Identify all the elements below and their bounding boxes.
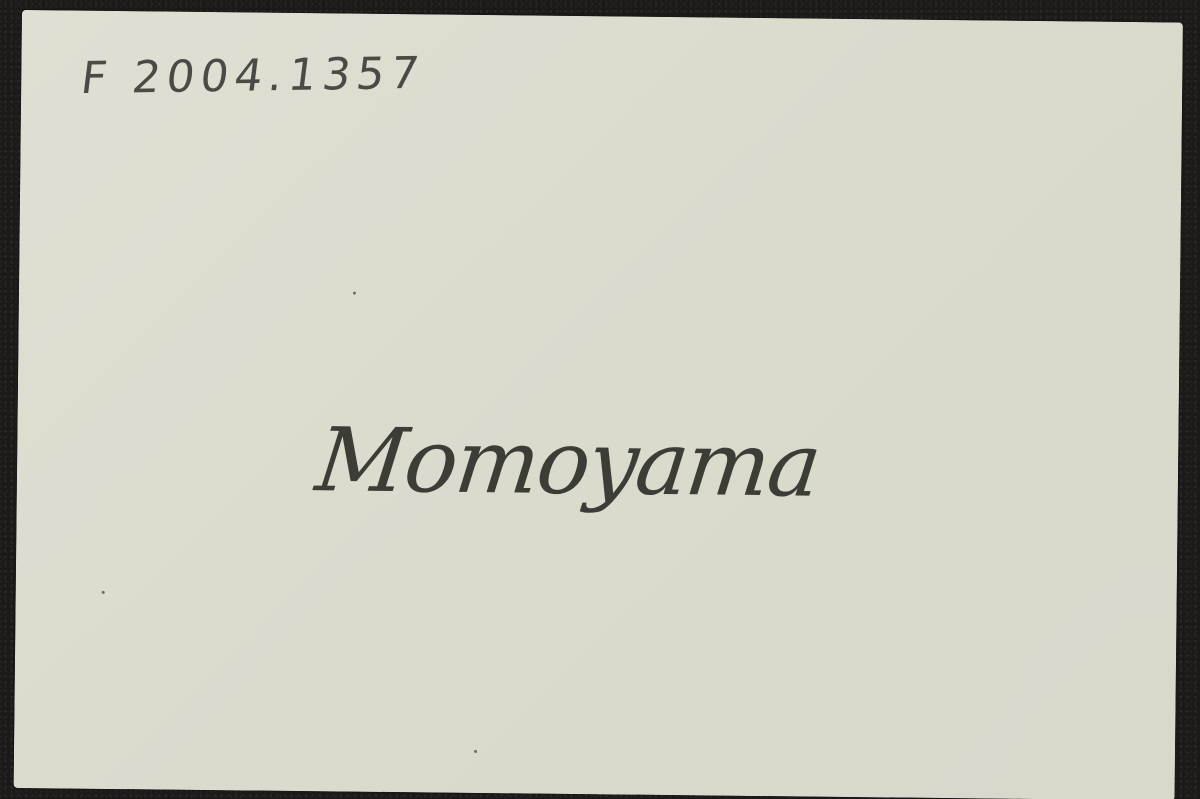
- index-card: F 2004.1357 Momoyama: [14, 10, 1183, 799]
- paper-speck: [102, 591, 105, 594]
- paper-speck: [353, 292, 356, 295]
- handwritten-title: Momoyama: [311, 408, 825, 516]
- accession-number: F 2004.1357: [78, 48, 428, 104]
- paper-speck: [474, 750, 477, 753]
